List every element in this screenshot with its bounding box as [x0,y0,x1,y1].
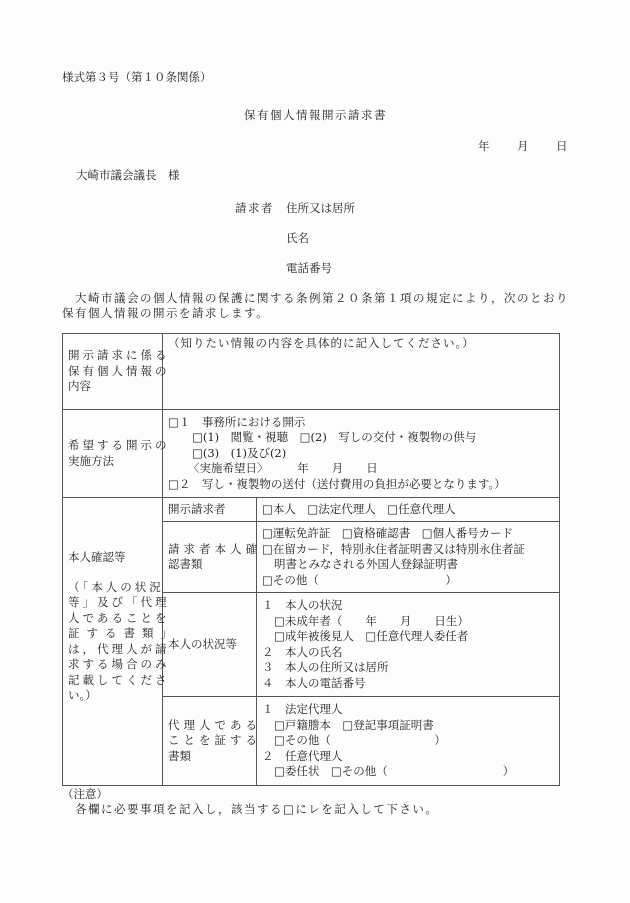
checkbox-ward-or-delegator[interactable]: □成年被後見人 □任意代理人委任者 [262,629,554,645]
checkbox-both[interactable]: □(3) (1)及び(2) [168,446,554,462]
document-title: 保有個人情報開示請求書 [244,108,387,122]
requester-type-options[interactable]: □本人 □法定代理人 □任意代理人 [257,498,560,522]
date-month-label: 月 [517,139,529,153]
principal-status-options: １ 本人の状況 □未成年者（ 年 月 日生） □成年被後見人 □任意代理人委任者… [257,593,560,697]
label-identity-verification: 本人確認等 （「本人の状況 等」及び「代理 人であることを 証する書類」 は，代… [63,498,163,786]
requester-address-label: 住所又は居所 [286,201,355,215]
checkbox-voluntary-agent-docs[interactable]: □委任状 □その他（ ） [262,764,554,780]
notes-text: 各欄に必要事項を記入し，該当する□にレを記入して下さい。 [75,802,438,816]
checkbox-office-disclosure[interactable]: □１ 事務所における開示 [168,415,554,431]
checkbox-minor[interactable]: □未成年者（ 年 月 日生） [262,614,554,630]
checkbox-id-other[interactable]: □その他（ ） [262,573,554,589]
label-principal-status: 本人の状況等 [163,593,257,697]
requested-info-instruction: （知りたい情報の内容を具体的に記入してください。） [168,336,554,352]
requester-phone-label: 電話番号 [286,261,332,275]
notes-heading: （注意） [62,787,108,801]
disclosure-method-options: □１ 事務所における開示 □(1) 閲覧・視聴 □(2) 写しの交付・複製物の供… [163,410,560,498]
row-requested-info: 開示請求に係る 保有個人情報の 内容 （知りたい情報の内容を具体的に記入してくだ… [63,334,560,410]
addressee: 大崎市議会議長 様 [76,168,180,182]
preferred-date-field[interactable]: 〈実施希望日〉 年 月 日 [168,461,554,477]
date-year-label: 年 [478,139,490,153]
request-form-table: 開示請求に係る 保有個人情報の 内容 （知りたい情報の内容を具体的に記入してくだ… [62,333,560,786]
label-requested-info: 開示請求に係る 保有個人情報の 内容 [63,334,163,410]
label-requester-type: 開示請求者 [163,498,257,522]
row-disclosure-method: 希望する開示の 実施方法 □１ 事務所における開示 □(1) 閲覧・視聴 □(2… [63,410,560,498]
requester-name-label: 氏名 [286,231,309,245]
form-number: 様式第３号（第１０条関係） [62,70,212,84]
id-documents-options: □運転免許証 □資格確認書 □個人番号カード □在留カード，特別永住者証明書又は… [257,522,560,593]
label-id-documents: 請求者本人確 認書類 [163,522,257,593]
intro-line-2: 保有個人情報の開示を請求します。 [62,306,269,320]
checkbox-legal-agent-other[interactable]: □その他（ ） [262,733,554,749]
checkbox-residence-card[interactable]: □在留カード，特別永住者証明書又は特別永住者証 [262,542,554,558]
checkbox-view-or-copy[interactable]: □(1) 閲覧・視聴 □(2) 写しの交付・複製物の供与 [168,430,554,446]
intro-line-1: 大崎市議会の個人情報の保護に関する条例第２０条第１項の規定により，次のとおり [75,291,569,305]
requester-label: 請求者 [235,201,274,215]
checkbox-id-cards[interactable]: □運転免許証 □資格確認書 □個人番号カード [262,526,554,542]
checkbox-legal-agent-docs[interactable]: □戸籍謄本 □登記事項証明書 [262,718,554,734]
row-requester-type: 本人確認等 （「本人の状況 等」及び「代理 人であることを 証する書類」 は，代… [63,498,560,522]
requested-info-field[interactable]: （知りたい情報の内容を具体的に記入してください。） [163,334,560,410]
agent-documents-options: １ 法定代理人 □戸籍謄本 □登記事項証明書 □その他（ ） ２ 任意代理人 □… [257,697,560,786]
label-disclosure-method: 希望する開示の 実施方法 [63,410,163,498]
label-agent-documents: 代理人である ことを証する 書類 [163,697,257,786]
date-day-label: 日 [556,139,568,153]
checkbox-mail-delivery[interactable]: □２ 写し・複製物の送付（送付費用の負担が必要となります。） [168,477,554,493]
